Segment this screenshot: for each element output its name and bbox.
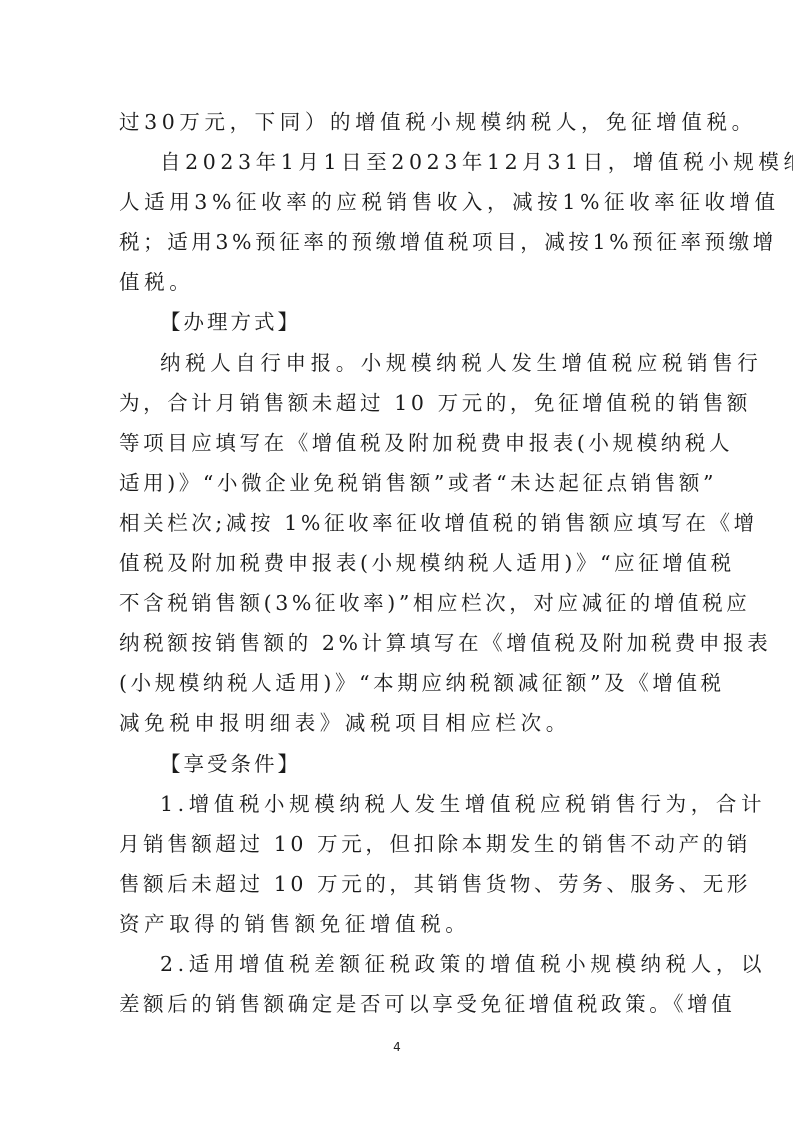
text-line: 人适用3%征收率的应税销售收入，减按1%征收率征收增值 bbox=[119, 182, 679, 222]
text-line: 月销售额超过 10 万元，但扣除本期发生的销售不动产的销 bbox=[119, 824, 679, 864]
document-body: 过30万元，下同）的增值税小规模纳税人，免征增值税。 自2023年1月1日至20… bbox=[119, 102, 679, 1024]
text-line: 税；适用3%预征率的预缴增值税项目，减按1%预征率预缴增 bbox=[119, 222, 679, 262]
text-line: 值税及附加税费申报表(小规模纳税人适用)》“应征增值税 bbox=[119, 543, 679, 583]
text-line: 不含税销售额(3%征收率)”相应栏次，对应减征的增值税应 bbox=[119, 583, 679, 623]
section-heading-handling-method: 【办理方式】 bbox=[119, 302, 679, 342]
text-line: (小规模纳税人适用)》“本期应纳税额减征额”及《增值税 bbox=[119, 663, 679, 703]
text-line: 为，合计月销售额未超过 10 万元的，免征增值税的销售额 bbox=[119, 383, 679, 423]
text-line: 售额后未超过 10 万元的，其销售货物、劳务、服务、无形 bbox=[119, 864, 679, 904]
paragraph-start-line: 自2023年1月1日至2023年12月31日，增值税小规模纳税 bbox=[119, 142, 679, 182]
text-line: 适用)》“小微企业免税销售额”或者“未达起征点销售额” bbox=[119, 463, 679, 503]
text-line: 值税。 bbox=[119, 262, 679, 302]
document-page: 过30万元，下同）的增值税小规模纳税人，免征增值税。 自2023年1月1日至20… bbox=[0, 0, 793, 1122]
list-item-1-start: 1.增值税小规模纳税人发生增值税应税销售行为，合计 bbox=[119, 784, 679, 824]
section-heading-eligibility: 【享受条件】 bbox=[119, 744, 679, 784]
page-number: 4 bbox=[392, 1040, 402, 1054]
text-line: 差额后的销售额确定是否可以享受免征增值税政策。《增值 bbox=[119, 984, 679, 1024]
text-line: 等项目应填写在《增值税及附加税费申报表(小规模纳税人 bbox=[119, 423, 679, 463]
list-item-2-start: 2.适用增值税差额征税政策的增值税小规模纳税人，以 bbox=[119, 944, 679, 984]
text-line: 相关栏次;减按 1%征收率征收增值税的销售额应填写在《增 bbox=[119, 503, 679, 543]
text-line: 资产取得的销售额免征增值税。 bbox=[119, 904, 679, 944]
text-line: 纳税额按销售额的 2%计算填写在《增值税及附加税费申报表 bbox=[119, 623, 679, 663]
text-line: 过30万元，下同）的增值税小规模纳税人，免征增值税。 bbox=[119, 102, 679, 142]
text-line: 减免税申报明细表》减税项目相应栏次。 bbox=[119, 703, 679, 743]
paragraph-start-line: 纳税人自行申报。小规模纳税人发生增值税应税销售行 bbox=[119, 343, 679, 383]
